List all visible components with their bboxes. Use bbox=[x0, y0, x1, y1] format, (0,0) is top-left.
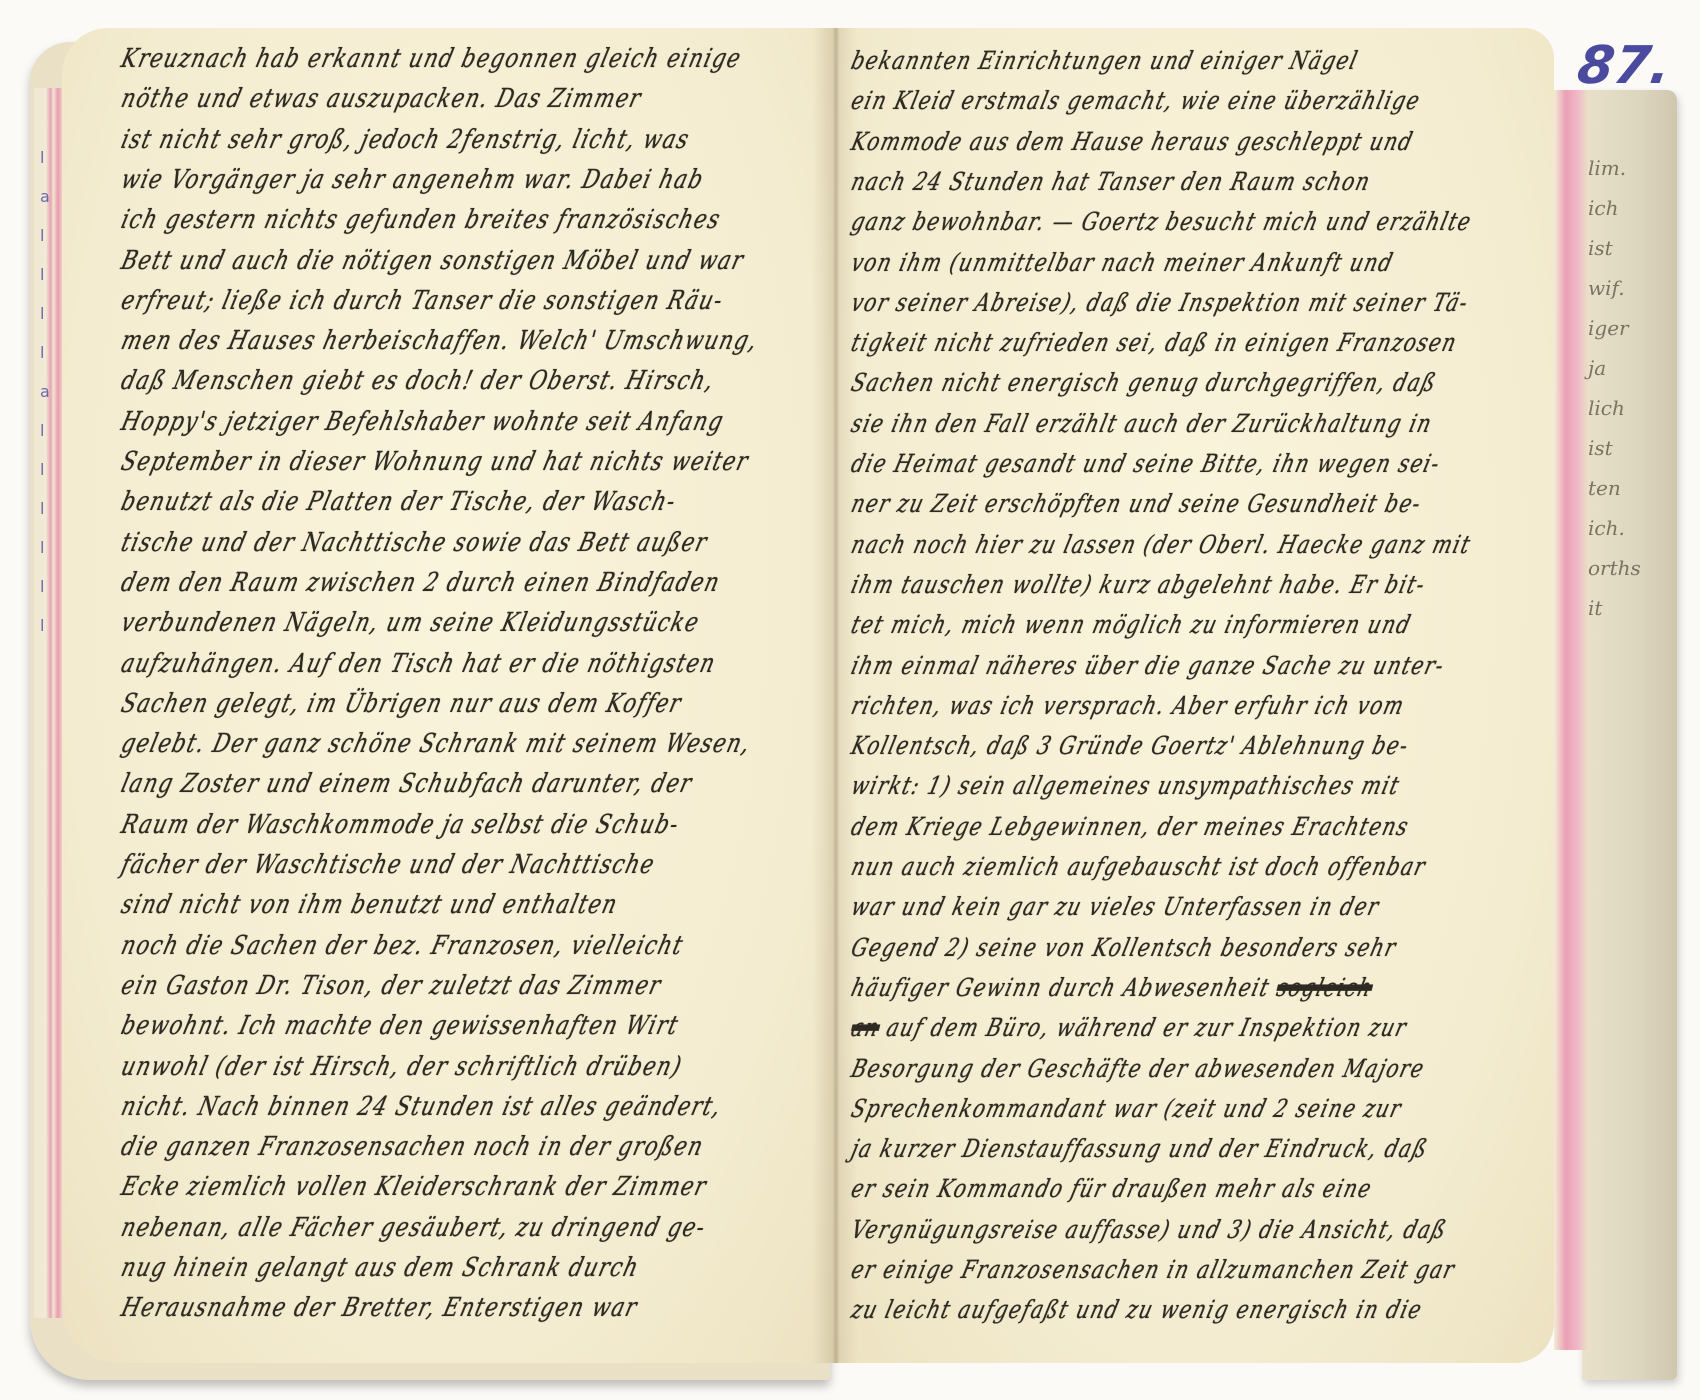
adjacent-sheet-fragment: it bbox=[1588, 588, 1678, 628]
left-page: Kreuznach hab erkannt und begonnen gleic… bbox=[62, 28, 832, 1363]
right-pink-page-edge bbox=[1554, 90, 1588, 1350]
handwritten-line: Sachen nicht energisch genug durchgegrif… bbox=[848, 367, 1440, 397]
handwritten-line: dem Kriege Lebgewinnen, der meines Erach… bbox=[848, 811, 1412, 841]
margin-mark: l bbox=[40, 255, 60, 294]
adjacent-sheet-fragment: wif. bbox=[1588, 268, 1678, 308]
handwritten-line: daß Menschen giebt es doch! der Oberst. … bbox=[118, 365, 718, 395]
adjacent-sheet-fragment: ten bbox=[1588, 468, 1678, 508]
handwritten-line: wie Vorgänger ja sehr angenehm war. Dabe… bbox=[118, 164, 707, 194]
handwritten-line: ein Gaston Dr. Tison, der zuletzt das Zi… bbox=[118, 970, 665, 1000]
adjacent-sheet-fragment: orths bbox=[1588, 548, 1678, 588]
handwritten-line: ihm tauschen wollte) kurz abgelehnt habe… bbox=[848, 569, 1429, 599]
adjacent-sheet-fragment: lich bbox=[1588, 388, 1678, 428]
handwritten-line: erfreut; ließe ich durch Tanser die sons… bbox=[118, 285, 727, 315]
left-margin-marks: lallllallllll bbox=[40, 138, 60, 645]
handwritten-line: nach 24 Stunden hat Tanser den Raum scho… bbox=[848, 166, 1374, 196]
handwritten-line: Kreuznach hab erkannt und begonnen gleic… bbox=[118, 43, 745, 73]
handwritten-line: benutzt als die Platten der Tische, der … bbox=[118, 486, 679, 516]
adjacent-sheet-fragment: ich. bbox=[1588, 508, 1678, 548]
handwritten-line: von ihm (unmittelbar nach meiner Ankunft… bbox=[848, 247, 1397, 277]
binding-gutter bbox=[812, 28, 858, 1363]
handwritten-line: Kollentsch, daß 3 Gründe Goertz' Ablehnu… bbox=[848, 730, 1412, 760]
notebook: Kreuznach hab erkannt und begonnen gleic… bbox=[22, 28, 1662, 1386]
margin-mark: l bbox=[40, 216, 60, 255]
handwritten-line: nicht. Nach binnen 24 Stunden ist alles … bbox=[118, 1091, 725, 1121]
adjacent-sheet-fragment: ja bbox=[1588, 348, 1678, 388]
handwritten-line: ich gestern nichts gefunden breites fran… bbox=[118, 204, 724, 234]
handwritten-line: Vergnügungsreise auffasse) und 3) die An… bbox=[848, 1214, 1450, 1244]
handwritten-line: verbundenen Nägeln, um seine Kleidungsst… bbox=[118, 607, 703, 637]
handwritten-line: ner zu Zeit erschöpften und seine Gesund… bbox=[848, 488, 1425, 518]
handwritten-line: bekannten Einrichtungen und einiger Näge… bbox=[848, 45, 1361, 75]
handwritten-line: tische und der Nachttische sowie das Bet… bbox=[118, 527, 711, 557]
handwritten-line: Ecke ziemlich vollen Kleiderschrank der … bbox=[118, 1171, 710, 1201]
handwritten-line: häufiger Gewinn durch Abwesenheit soglei… bbox=[848, 972, 1376, 1002]
handwritten-line: wirkt: 1) sein allgemeines unsympathisch… bbox=[848, 770, 1403, 800]
handwritten-line: sie ihn den Fall erzählt auch der Zurück… bbox=[848, 408, 1436, 438]
handwritten-line: vor seiner Abreise), daß die Inspektion … bbox=[848, 287, 1472, 317]
handwritten-line: sind nicht von ihm benutzt und enthalten bbox=[118, 889, 621, 919]
handwritten-line: Raum der Waschkommode ja selbst die Schu… bbox=[118, 809, 682, 839]
handwritten-line: ganz bewohnbar. — Goertz besucht mich un… bbox=[848, 206, 1475, 236]
handwritten-line: Besorgung der Geschäfte der abwesenden M… bbox=[848, 1053, 1428, 1083]
handwritten-line: ihm einmal näheres über die ganze Sache … bbox=[848, 650, 1448, 680]
handwritten-line: die ganzen Franzosensachen noch in der g… bbox=[118, 1131, 707, 1161]
adjacent-sheet-fragment: ich bbox=[1588, 188, 1678, 228]
handwritten-line: bewohnt. Ich machte den gewissenhaften W… bbox=[118, 1010, 682, 1040]
margin-mark: l bbox=[40, 567, 60, 606]
handwritten-line: Kommode aus dem Hause heraus geschleppt … bbox=[848, 126, 1417, 156]
handwritten-line: nach noch hier zu lassen (der Oberl. Hae… bbox=[848, 529, 1474, 559]
handwritten-line: ein Kleid erstmals gemacht, wie eine übe… bbox=[848, 85, 1424, 115]
handwritten-line: die Heimat gesandt und seine Bitte, ihn … bbox=[848, 448, 1444, 478]
handwritten-line: gelebt. Der ganz schöne Schrank mit sein… bbox=[118, 728, 754, 758]
adjacent-sheet-fragment: ist bbox=[1588, 428, 1678, 468]
handwritten-line: fächer der Waschtische und der Nachttisc… bbox=[118, 849, 658, 879]
handwritten-line: Herausnahme der Bretter, Enterstigen war bbox=[118, 1292, 641, 1322]
right-page: bekannten Einrichtungen und einiger Näge… bbox=[832, 28, 1554, 1363]
handwritten-line: war und kein gar zu vieles Unterfassen i… bbox=[848, 891, 1383, 921]
handwritten-line: dem den Raum zwischen 2 durch einen Bind… bbox=[118, 567, 723, 597]
handwritten-line: nebenan, alle Fächer gesäubert, zu dring… bbox=[118, 1212, 709, 1242]
margin-mark: l bbox=[40, 294, 60, 333]
margin-mark: l bbox=[40, 333, 60, 372]
handwritten-line: Sprechenkommandant war (zeit und 2 seine… bbox=[848, 1093, 1405, 1123]
page-number: 87. bbox=[1574, 36, 1675, 96]
handwritten-line: September in dieser Wohnung und hat nich… bbox=[118, 446, 752, 476]
handwritten-line: nöthe und etwas auszupacken. Das Zimmer bbox=[118, 83, 645, 113]
margin-mark: a bbox=[40, 372, 60, 411]
struck-word: sogleich bbox=[1274, 972, 1377, 1002]
handwritten-line: er einige Franzosensachen in allzumanche… bbox=[848, 1254, 1458, 1284]
handwritten-line: noch die Sachen der bez. Franzosen, viel… bbox=[118, 930, 687, 960]
handwritten-line: zu leicht aufgefaßt und zu wenig energis… bbox=[848, 1294, 1426, 1324]
adjacent-sheet-fragment: iger bbox=[1588, 308, 1678, 348]
handwritten-line: Hoppy's jetziger Befehlshaber wohnte sei… bbox=[118, 406, 727, 436]
handwritten-line: aufzuhängen. Auf den Tisch hat er die nö… bbox=[118, 648, 719, 678]
handwritten-line: Gegend 2) seine von Kollentsch besonders… bbox=[848, 932, 1400, 962]
handwritten-line: er sein Kommando für draußen mehr als ei… bbox=[848, 1173, 1375, 1203]
adjacent-sheet-text: lim.ichistwif.igerjalichisttenich.orthsi… bbox=[1588, 148, 1678, 628]
margin-mark: l bbox=[40, 528, 60, 567]
margin-mark: l bbox=[40, 138, 60, 177]
margin-mark: l bbox=[40, 411, 60, 450]
margin-mark: l bbox=[40, 450, 60, 489]
handwritten-line: lang Zoster und einem Schubfach darunter… bbox=[118, 768, 696, 798]
handwritten-line: ist nicht sehr groß, jedoch 2fenstrig, l… bbox=[118, 124, 693, 154]
handwritten-line: nug hinein gelangt aus dem Schrank durch bbox=[118, 1252, 642, 1282]
margin-mark: l bbox=[40, 489, 60, 528]
adjacent-sheet-fragment: ist bbox=[1588, 228, 1678, 268]
margin-mark: a bbox=[40, 177, 60, 216]
handwritten-line: tet mich, mich wenn möglich zu informier… bbox=[848, 609, 1415, 639]
handwritten-line: men des Hauses herbeischaffen. Welch' Um… bbox=[118, 325, 761, 355]
handwritten-line: tigkeit nicht zufrieden sei, daß in eini… bbox=[848, 327, 1460, 357]
handwritten-line: nun auch ziemlich aufgebauscht ist doch … bbox=[848, 851, 1429, 881]
margin-mark: l bbox=[40, 606, 60, 645]
handwritten-line: unwohl (der ist Hirsch, der schriftlich … bbox=[118, 1051, 685, 1081]
handwritten-line: an auf dem Büro, während er zur Inspekti… bbox=[848, 1012, 1410, 1042]
handwritten-line: Bett und auch die nötigen sonstigen Möbe… bbox=[118, 245, 747, 275]
handwritten-line: Sachen gelegt, im Übrigen nur aus dem Ko… bbox=[118, 688, 685, 718]
handwritten-line: ja kurzer Dienstauffassung und der Eindr… bbox=[848, 1133, 1431, 1163]
handwritten-line: richten, was ich versprach. Aber erfuhr … bbox=[848, 690, 1408, 720]
adjacent-sheet-fragment: lim. bbox=[1588, 148, 1678, 188]
